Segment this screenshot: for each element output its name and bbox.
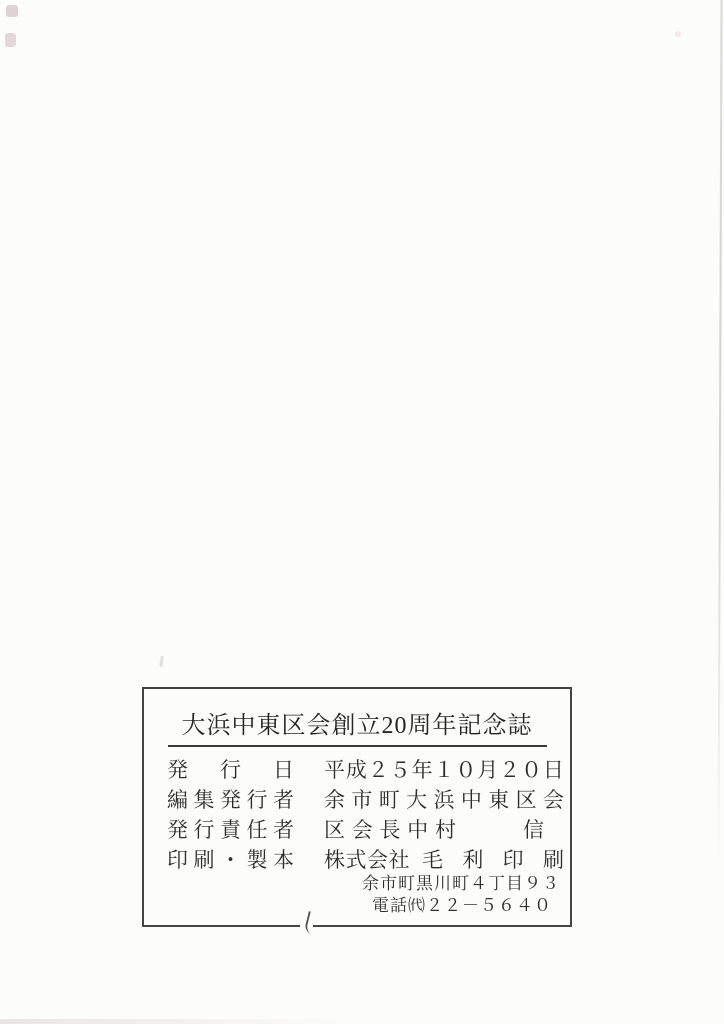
row-publication-date-label: 発行日: [167, 754, 294, 784]
scan-artifact-right-edge-line: [717, 0, 722, 880]
row-editor-publisher-label: 編集発行者: [167, 784, 294, 814]
row-editor-publisher-value: 余市町大浜中東区会: [324, 784, 564, 814]
responsible-publisher-name: 区会長中村: [324, 814, 456, 844]
row-editor-publisher: 編集発行者 余市町大浜中東区会: [167, 784, 564, 814]
printer-phone-line: 電話㈹２２－５６４０: [362, 895, 562, 917]
scanned-page: 大浜中東区会創立20周年記念誌 発行日 平成２５年１０月２０日 編集発行者 余市…: [0, 0, 724, 1024]
scan-artifact-bottom-shade: [0, 1019, 360, 1024]
scan-artifact-speck-top-right: [675, 31, 681, 37]
scan-artifact-smudge-1: [6, 5, 18, 17]
row-publication-date: 発行日 平成２５年１０月２０日: [167, 754, 564, 784]
printer-address-block: 余市町黒川町４丁目９３ 電話㈹２２－５６４０: [362, 873, 562, 917]
printer-company-name: 毛利印刷: [422, 844, 564, 874]
row-responsible-publisher: 発行責任者 区会長中村 信: [167, 814, 564, 844]
colophon-box: 大浜中東区会創立20周年記念誌 発行日 平成２５年１０月２０日 編集発行者 余市…: [142, 687, 572, 927]
responsible-publisher-given-name: 信: [523, 814, 564, 844]
row-responsible-publisher-label: 発行責任者: [167, 814, 294, 844]
colophon-title: 大浜中東区会創立20周年記念誌: [168, 705, 547, 747]
row-printer: 印刷・製本 株式会社 毛利印刷: [167, 844, 564, 874]
row-printer-value: 株式会社 毛利印刷: [324, 844, 564, 874]
printer-address-line: 余市町黒川町４丁目９３: [362, 873, 562, 895]
colophon-rows: 発行日 平成２５年１０月２０日 編集発行者 余市町大浜中東区会 発行責任者 区会…: [167, 754, 564, 874]
row-publication-date-value: 平成２５年１０月２０日: [324, 754, 564, 784]
scan-artifact-speck: [159, 656, 164, 667]
row-printer-label: 印刷・製本: [167, 844, 294, 874]
printer-company-prefix: 株式会社: [324, 844, 410, 874]
colophon-title-row: 大浜中東区会創立20周年記念誌: [144, 705, 570, 747]
scan-artifact-smudge-2: [5, 33, 16, 47]
row-responsible-publisher-value: 区会長中村 信: [324, 814, 564, 844]
